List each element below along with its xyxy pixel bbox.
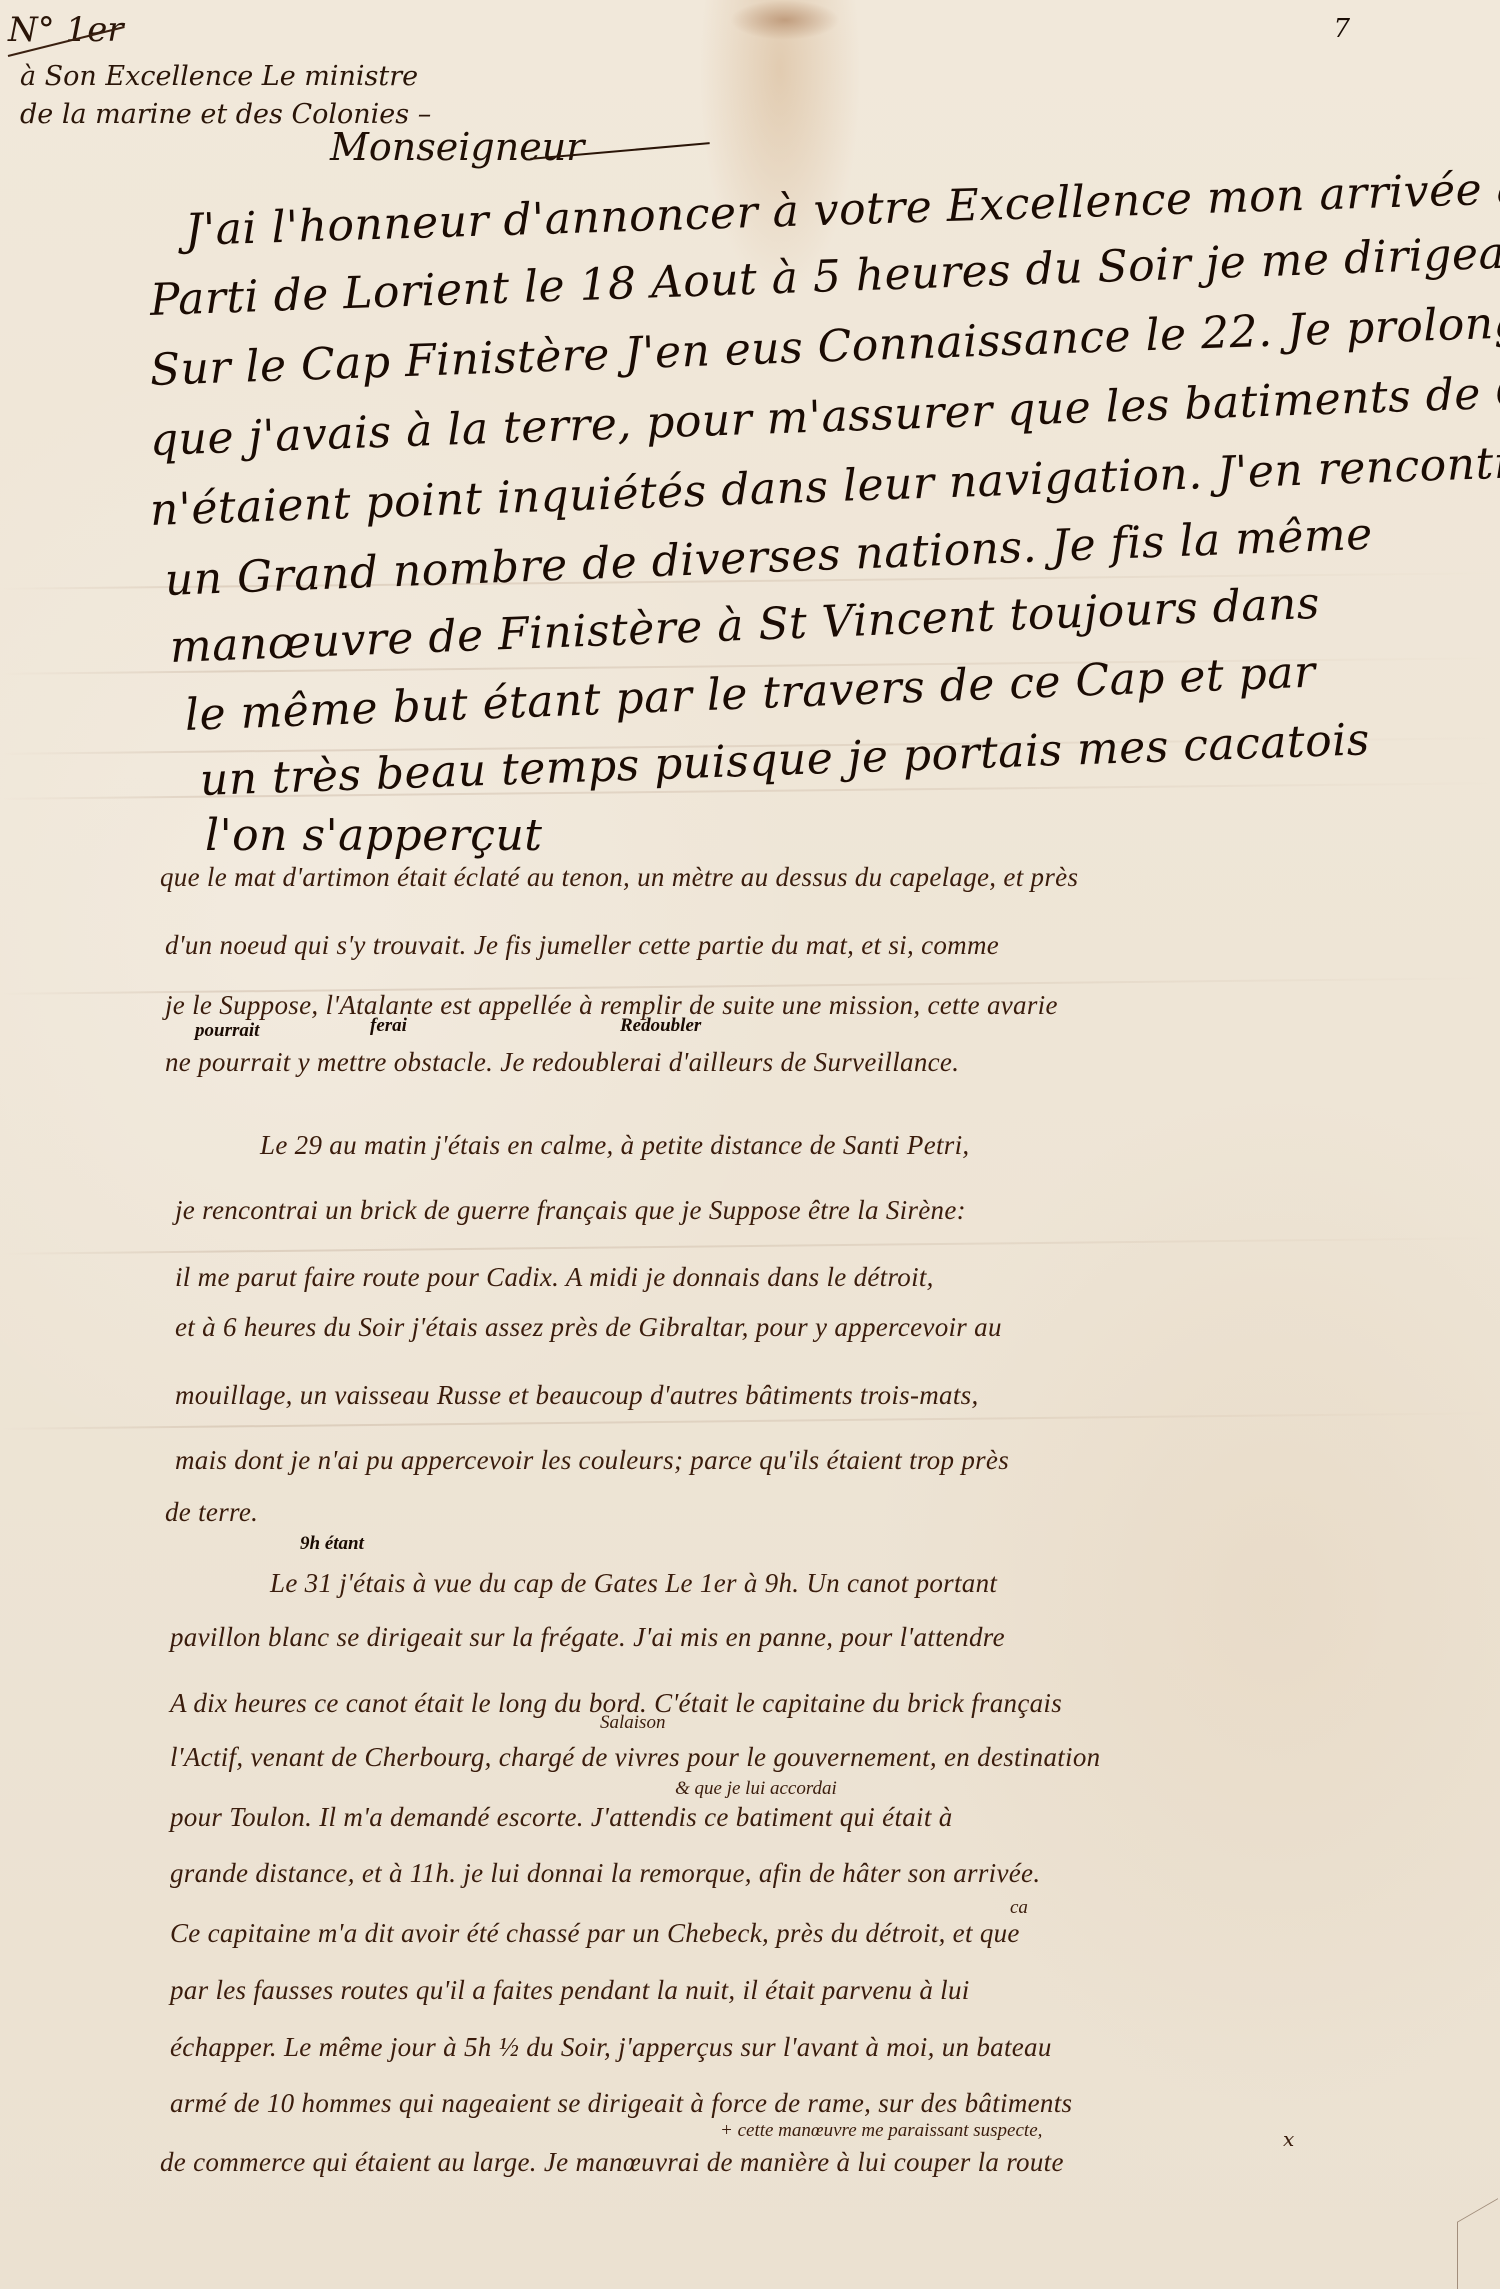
text-line: par les fausses routes qu'il a faites pe… bbox=[170, 1975, 970, 2006]
text-line: Le 31 j'étais à vue du cap de Gates Le 1… bbox=[270, 1568, 997, 1599]
insertion-above: + cette manœuvre me paraissant suspecte, bbox=[720, 2120, 1042, 2142]
insertion-above: Salaison bbox=[600, 1712, 665, 1734]
text-line: je le Suppose, l'Atalante est appellée à… bbox=[165, 990, 1058, 1021]
text-line: de terre. bbox=[165, 1497, 258, 1528]
bleed-through-line bbox=[0, 1412, 1500, 1430]
addressee-line: à Son Excellence Le ministre bbox=[20, 58, 431, 96]
text-line: échapper. Le même jour à 5h ½ du Soir, j… bbox=[170, 2032, 1052, 2063]
bleed-through-line bbox=[0, 1237, 1500, 1255]
text-line: mais dont je n'ai pu appercevoir les cou… bbox=[175, 1445, 1009, 1476]
folio-number: 7 bbox=[1333, 14, 1350, 44]
text-line: pour Toulon. Il m'a demandé escorte. J'a… bbox=[170, 1802, 953, 1833]
text-line: grande distance, et à 11h. je lui donnai… bbox=[170, 1858, 1040, 1889]
insertion-above: Redoubler bbox=[620, 1015, 701, 1037]
text-line: je rencontrai un brick de guerre françai… bbox=[175, 1195, 966, 1226]
text-line: mouillage, un vaisseau Russe et beaucoup… bbox=[175, 1380, 979, 1411]
insertion-above: & que je lui accordai bbox=[675, 1778, 837, 1800]
salutation: Monseigneur bbox=[330, 125, 584, 169]
text-line: Le 29 au matin j'étais en calme, à petit… bbox=[260, 1130, 969, 1161]
insertion-above: pourrait bbox=[195, 1020, 259, 1042]
insertion-above: ferai bbox=[370, 1015, 407, 1037]
addressee-block: à Son Excellence Le ministre de la marin… bbox=[20, 58, 431, 134]
manuscript-page: 7 N° 1er à Son Excellence Le ministre de… bbox=[0, 0, 1500, 2289]
insertion-marker-x: x bbox=[1283, 2127, 1294, 2151]
text-line: Ce capitaine m'a dit avoir été chassé pa… bbox=[170, 1918, 1020, 1949]
text-line: que le mat d'artimon était éclaté au ten… bbox=[160, 862, 1078, 893]
insertion-above: ca bbox=[1010, 1897, 1028, 1919]
text-line: l'on s'apperçut bbox=[205, 810, 542, 861]
text-line: l'Actif, venant de Cherbourg, chargé de … bbox=[170, 1742, 1100, 1773]
text-line: de commerce qui étaient au large. Je man… bbox=[160, 2147, 1064, 2178]
insertion-above: 9h étant bbox=[300, 1533, 364, 1555]
text-line: d'un noeud qui s'y trouvait. Je fis jume… bbox=[165, 930, 999, 961]
text-line: il me parut faire route pour Cadix. A mi… bbox=[175, 1262, 934, 1293]
ink-stain bbox=[730, 0, 840, 40]
text-line: ne pourrait y mettre obstacle. Je redoub… bbox=[165, 1047, 959, 1078]
text-line: pavillon blanc se dirigeait sur la fréga… bbox=[170, 1622, 1005, 1653]
text-line: armé de 10 hommes qui nageaient se dirig… bbox=[170, 2088, 1072, 2119]
corner-fold-mark bbox=[1457, 2198, 1498, 2289]
text-line: et à 6 heures du Soir j'étais assez près… bbox=[175, 1312, 1002, 1343]
